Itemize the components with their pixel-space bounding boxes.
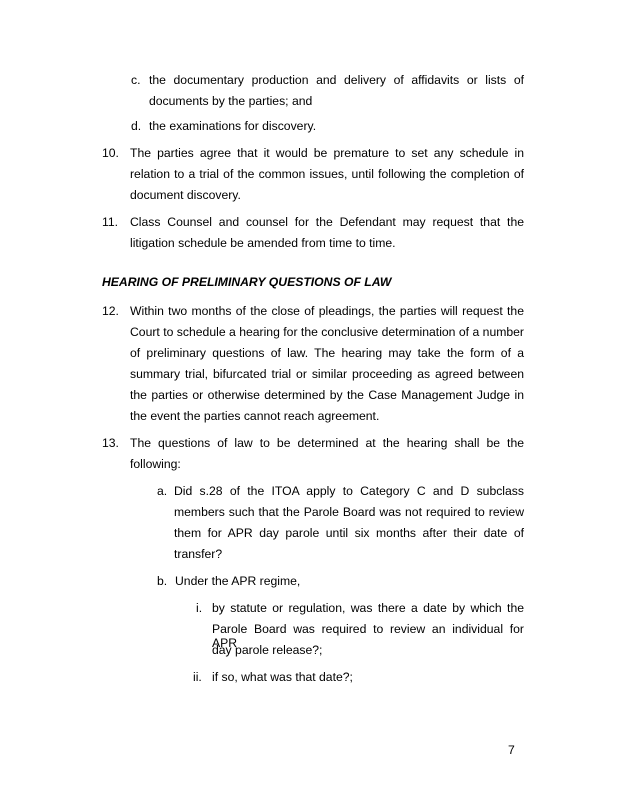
paragraph-line: following: <box>130 457 181 471</box>
item-label: d. <box>131 119 141 133</box>
paragraph-line: Court to schedule a hearing for the conc… <box>130 325 524 339</box>
paragraph-line: relation to a trial of the common issues… <box>130 167 524 181</box>
paragraph-line: them for APR day parole until six months… <box>174 526 524 540</box>
paragraph-line: day parole release?; <box>212 643 322 657</box>
paragraph-line: Class Counsel and counsel for the Defend… <box>130 215 524 229</box>
paragraph-line: Within two months of the close of pleadi… <box>130 304 524 318</box>
page-number: 7 <box>508 743 515 757</box>
paragraph-line: by statute or regulation, was there a da… <box>212 601 524 615</box>
paragraph-line: if so, what was that date?; <box>212 670 353 684</box>
paragraph-line: the documentary production and delivery … <box>149 73 524 87</box>
item-label: 13. <box>102 436 119 450</box>
paragraph-line: summary trial, bifurcated trial or simil… <box>130 367 524 381</box>
paragraph-line: document discovery. <box>130 188 241 202</box>
item-label: i. <box>196 601 202 615</box>
item-label: c. <box>131 73 140 87</box>
paragraph-line: the event the parties cannot reach agree… <box>130 409 379 423</box>
paragraph-line: The questions of law to be determined at… <box>130 436 524 450</box>
item-label: 11. <box>102 215 118 229</box>
item-label: b. <box>157 574 167 588</box>
paragraph-line: members such that the Parole Board was n… <box>174 505 524 519</box>
paragraph-line: the parties or otherwise determined by t… <box>130 388 524 402</box>
paragraph-line: The parties agree that it would be prema… <box>130 146 524 160</box>
paragraph-line: litigation schedule be amended from time… <box>130 236 396 250</box>
paragraph-line: of preliminary questions of law. The hea… <box>130 346 524 360</box>
item-label: 10. <box>102 146 119 160</box>
item-label: 12. <box>102 304 119 318</box>
paragraph-line: Did s.28 of the ITOA apply to Category C… <box>174 484 524 498</box>
paragraph-line: the examinations for discovery. <box>149 119 316 133</box>
item-label: a. <box>157 484 167 498</box>
paragraph-line: documents by the parties; and <box>149 94 312 108</box>
section-heading: HEARING OF PRELIMINARY QUESTIONS OF LAW <box>102 275 391 289</box>
paragraph-line: Under the APR regime, <box>175 574 300 588</box>
paragraph-line: transfer? <box>174 547 222 561</box>
item-label: ii. <box>193 670 202 684</box>
